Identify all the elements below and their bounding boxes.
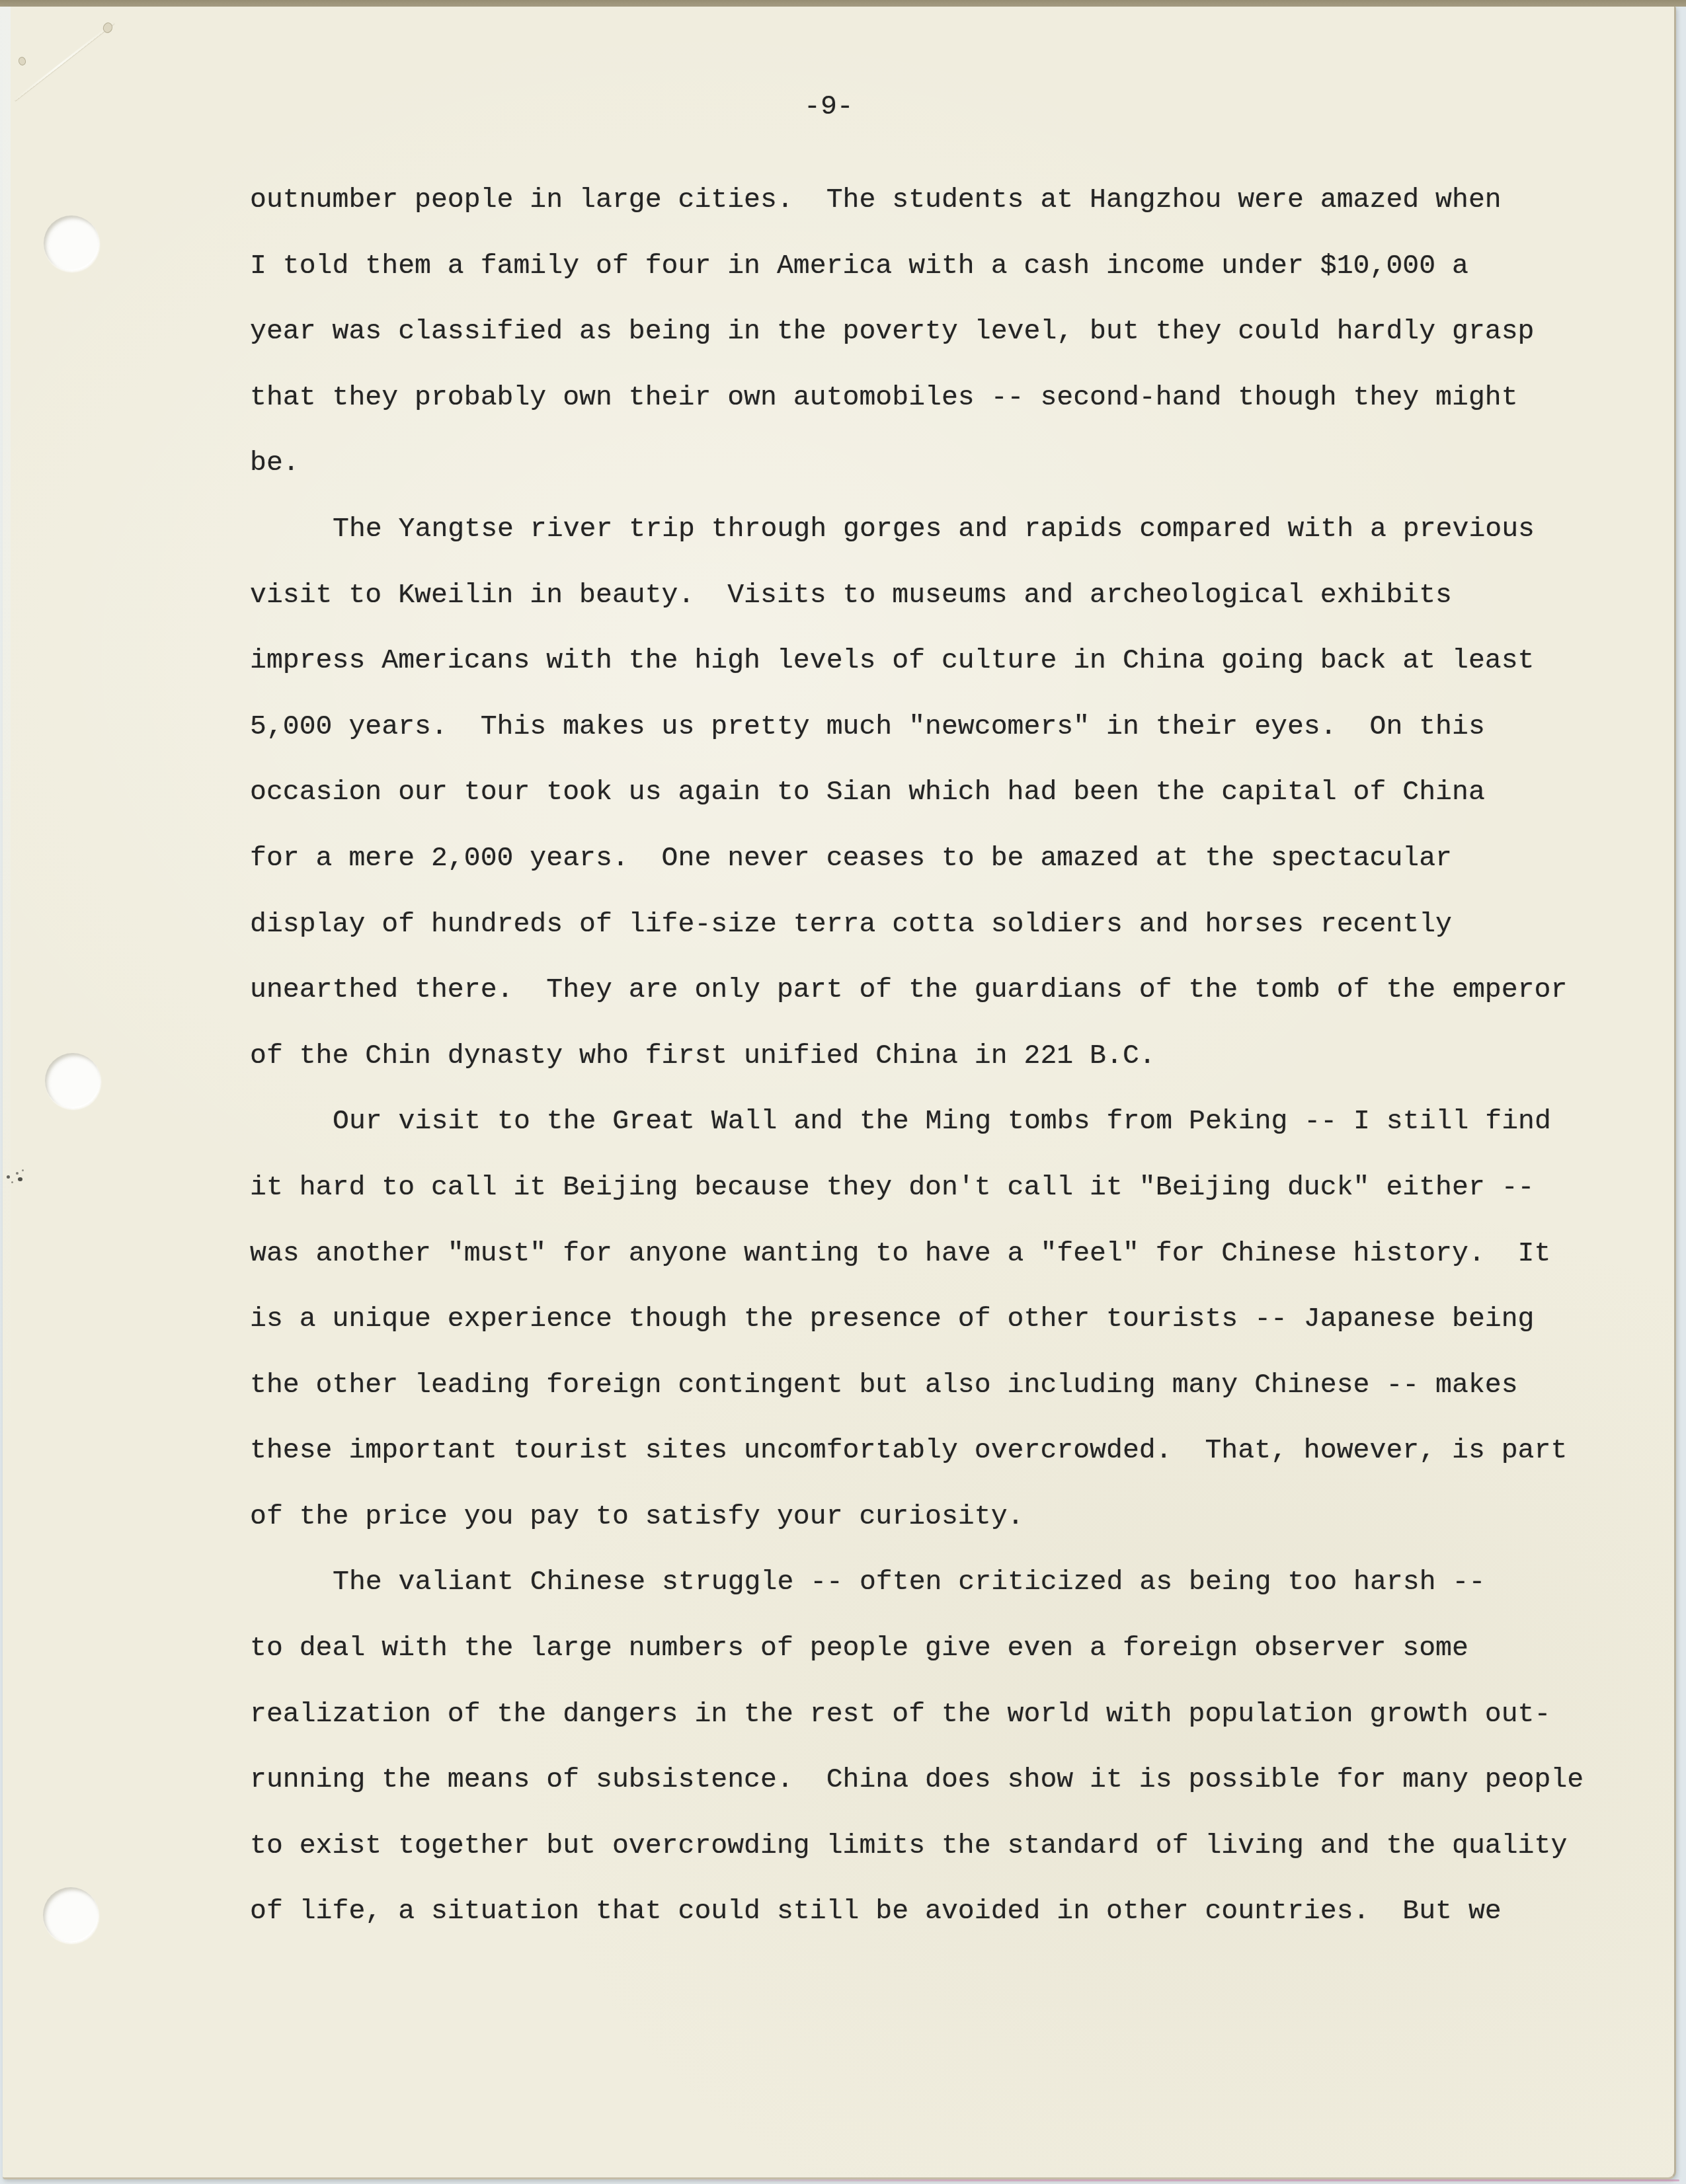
text-line: outnumber people in large cities. The st… bbox=[250, 167, 1645, 233]
punch-hole-bottom bbox=[43, 1887, 99, 1943]
ink-speck bbox=[16, 1172, 19, 1175]
ink-speck bbox=[22, 1169, 24, 1171]
text-line: occasion our tour took us again to Sian … bbox=[250, 760, 1645, 826]
text-line: was another "must" for anyone wanting to… bbox=[250, 1221, 1645, 1287]
text-line: is a unique experience though the presen… bbox=[250, 1286, 1645, 1352]
text-line: that they probably own their own automob… bbox=[250, 365, 1645, 431]
text-line: Our visit to the Great Wall and the Ming… bbox=[250, 1089, 1645, 1155]
text-line: to deal with the large numbers of people… bbox=[250, 1616, 1645, 1682]
text-line: it hard to call it Beijing because they … bbox=[250, 1155, 1645, 1221]
text-line: the other leading foreign contingent but… bbox=[250, 1352, 1645, 1419]
ink-speck bbox=[7, 1175, 10, 1179]
text-line: for a mere 2,000 years. One never ceases… bbox=[250, 826, 1645, 892]
ink-speck bbox=[18, 1177, 22, 1181]
text-line: realization of the dangers in the rest o… bbox=[250, 1682, 1645, 1748]
scan-top-edge bbox=[0, 0, 1686, 7]
text-line: visit to Kweilin in beauty. Visits to mu… bbox=[250, 563, 1645, 629]
text-line: The Yangtse river trip through gorges an… bbox=[250, 496, 1645, 563]
text-line: year was classified as being in the pove… bbox=[250, 299, 1645, 365]
punch-hole-middle bbox=[45, 1053, 100, 1109]
text-line: running the means of subsistence. China … bbox=[250, 1747, 1645, 1813]
text-line: of the Chin dynasty who first unified Ch… bbox=[250, 1023, 1645, 1089]
document-body: outnumber people in large cities. The st… bbox=[250, 167, 1645, 1945]
punch-hole-top bbox=[44, 215, 99, 271]
ink-speck bbox=[11, 1181, 13, 1183]
text-line: unearthed there. They are only part of t… bbox=[250, 957, 1645, 1023]
text-line: of life, a situation that could still be… bbox=[250, 1879, 1645, 1945]
text-line: I told them a family of four in America … bbox=[250, 233, 1645, 299]
text-line: 5,000 years. This makes us pretty much "… bbox=[250, 694, 1645, 760]
scanned-page: -9- outnumber people in large cities. Th… bbox=[0, 0, 1686, 2184]
scanner-left-strip bbox=[0, 7, 11, 1461]
text-line: be. bbox=[250, 430, 1645, 496]
scan-color-fringe bbox=[661, 2179, 1679, 2181]
text-line: impress Americans with the high levels o… bbox=[250, 628, 1645, 694]
text-line: of the price you pay to satisfy your cur… bbox=[250, 1484, 1645, 1550]
text-line: to exist together but overcrowding limit… bbox=[250, 1813, 1645, 1879]
text-line: display of hundreds of life-size terra c… bbox=[250, 892, 1645, 958]
page-number: -9- bbox=[804, 91, 854, 122]
text-line: The valiant Chinese struggle -- often cr… bbox=[250, 1549, 1645, 1616]
text-line: these important tourist sites uncomforta… bbox=[250, 1418, 1645, 1484]
